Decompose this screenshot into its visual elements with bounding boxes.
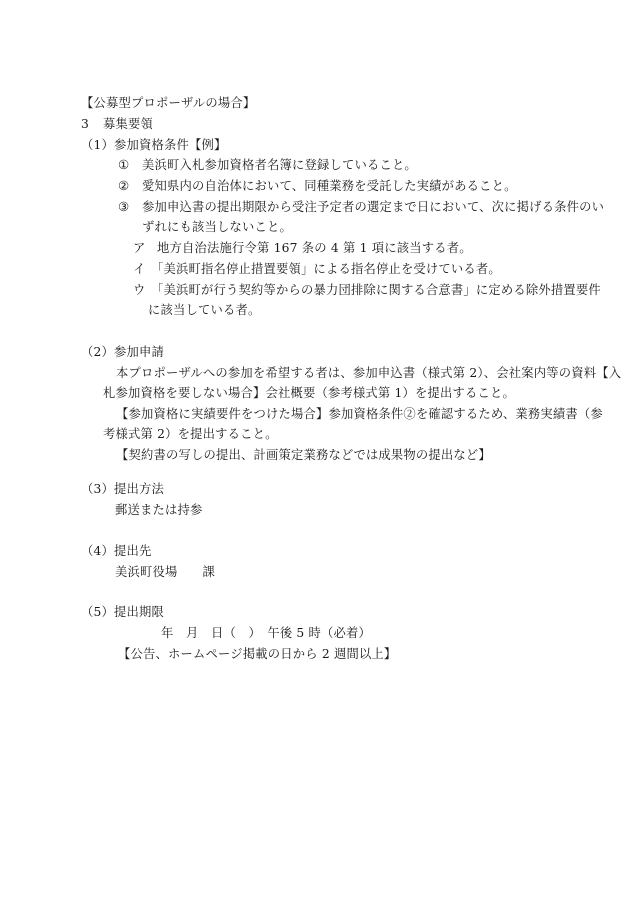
document-header: 【公募型プロポーザルの場合】	[81, 96, 255, 110]
method-heading: （3）提出方法	[81, 482, 164, 496]
application-para2-line1: 【参加資格に実績要件をつけた場合】参加資格条件②を確認するため、業務実績書（参	[116, 407, 603, 421]
application-para1-line1: 本プロポーザルへの参加を希望する者は、参加申込書（様式第 2）、会社案内等の資料…	[116, 366, 621, 380]
condition-3-text-line2: ずれにも該当しないこと。	[142, 220, 292, 234]
application-para3: 【契約書の写しの提出、計画策定業務などでは成果物の提出など】	[116, 448, 491, 462]
subcondition-i-text: 「美浜町指名停止措置要領」による指名停止を受けている者。	[151, 262, 501, 276]
destination-heading: （4）提出先	[81, 544, 152, 558]
method-body: 郵送または持参	[115, 503, 202, 517]
deadline-heading: （5）提出期限	[81, 605, 164, 619]
condition-2-mark: ②	[118, 179, 129, 193]
application-para2-line2: 考様式第 2）を提出すること。	[103, 427, 278, 441]
application-para1-line2: 札参加資格を要しない場合】会社概要（参考様式第 1）を提出すること。	[103, 386, 515, 400]
subcondition-i-mark: イ	[133, 262, 146, 276]
subcondition-a-text: 地方自治法施行令第 167 条の 4 第 1 項に該当する者。	[157, 241, 472, 255]
deadline-body: 年 月 日（ ） 午後 5 時（必着）	[161, 626, 371, 640]
condition-1-text: 美浜町入札参加資格者名簿に登録していること。	[142, 158, 417, 172]
condition-1-mark: ①	[118, 158, 129, 172]
deadline-note: 【公告、ホームページ掲載の日から 2 週間以上】	[118, 647, 396, 661]
subcondition-a-mark: ア	[133, 241, 146, 255]
section-number: 3	[81, 117, 89, 131]
section-title: 募集要領	[103, 117, 153, 131]
qualification-heading: （1）参加資格条件【例】	[81, 138, 227, 152]
application-heading: （2）参加申請	[81, 345, 164, 359]
subcondition-u-text-line1: 「美浜町が行う契約等からの暴力団排除に関する合意書」に定める除外措置要件	[151, 283, 601, 297]
subcondition-u-mark: ウ	[133, 283, 146, 297]
condition-3-mark: ③	[118, 200, 129, 214]
condition-3-text-line1: 参加申込書の提出期限から受注予定者の選定まで日において、次に掲げる条件のい	[142, 200, 604, 214]
document-page: 【公募型プロポーザルの場合】 3 募集要領 （1）参加資格条件【例】 ① 美浜町…	[0, 0, 630, 903]
destination-body: 美浜町役場 課	[115, 565, 215, 579]
subcondition-u-text-line2: に該当している者。	[148, 303, 260, 317]
condition-2-text: 愛知県内の自治体において、同種業務を受託した実績があること。	[142, 179, 517, 193]
